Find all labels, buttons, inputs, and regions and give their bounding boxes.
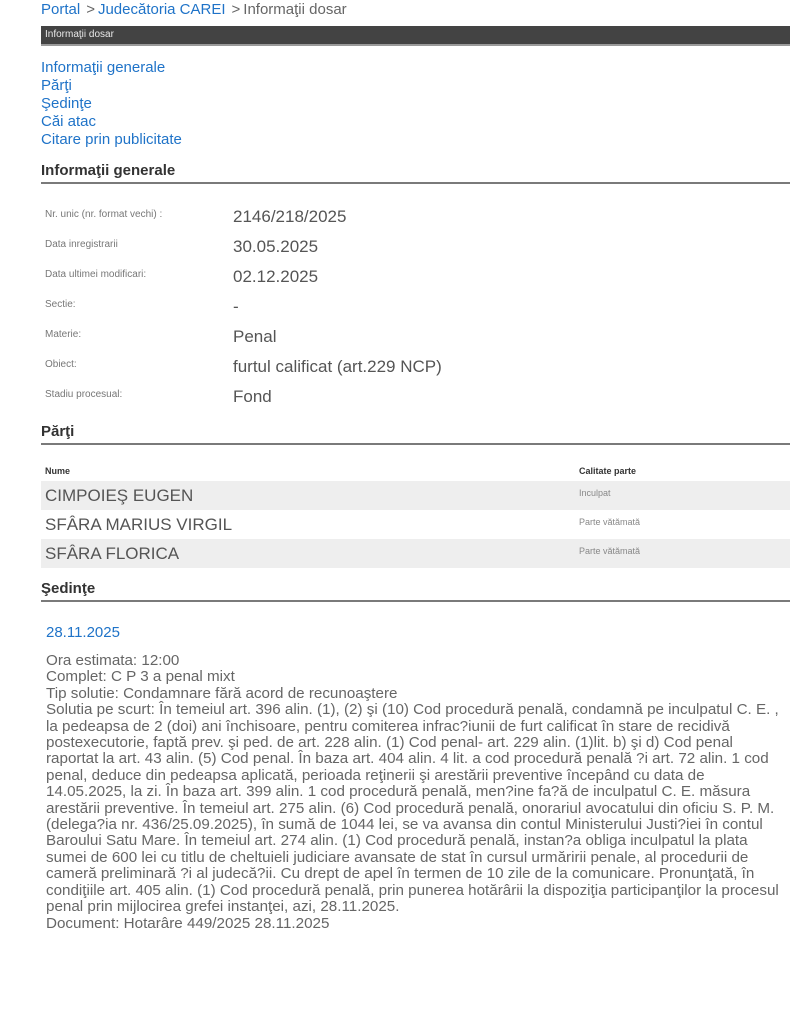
sedinta-tip-solutie: Tip solutie: Condamnare fără acord de re… [46, 686, 786, 702]
table-row: SFÂRA FLORICA Parte vătămată [41, 539, 790, 568]
section-nav: Informaţii generale Părţi Şedinţe Căi at… [41, 59, 790, 149]
breadcrumb-separator: > [86, 1, 95, 18]
column-header-nume: Nume [41, 466, 579, 476]
info-label: Stadiu procesual: [41, 389, 233, 400]
party-name: SFÂRA MARIUS VIRGIL [41, 515, 579, 535]
page: Portal>Judecătoria CAREI>Informaţii dosa… [41, 0, 790, 932]
nav-parti[interactable]: Părţi [41, 77, 72, 94]
party-name: SFÂRA FLORICA [41, 544, 579, 564]
info-value: - [233, 297, 239, 317]
info-label: Data inregistrarii [41, 239, 233, 250]
info-label: Obiect: [41, 359, 233, 370]
nav-informatii-generale[interactable]: Informaţii generale [41, 59, 165, 76]
info-value: furtul calificat (art.229 NCP) [233, 357, 442, 377]
info-value: 02.12.2025 [233, 267, 318, 287]
breadcrumb-court-link[interactable]: Judecătoria CAREI [98, 1, 226, 18]
column-header-calitate: Calitate parte [579, 466, 636, 476]
nav-citare-publicitate[interactable]: Citare prin publicitate [41, 131, 182, 148]
party-role: Inculpat [579, 488, 611, 498]
section-title-sedinte: Şedinţe [41, 580, 790, 602]
info-value: Fond [233, 387, 272, 407]
table-row: SFÂRA MARIUS VIRGIL Parte vătămată [41, 510, 790, 539]
info-row-nr-unic: Nr. unic (nr. format vechi) : 2146/218/2… [41, 202, 790, 232]
info-row-data-inregistrarii: Data inregistrarii 30.05.2025 [41, 232, 790, 262]
sedinta-date: 28.11.2025 [41, 624, 790, 641]
info-label: Sectie: [41, 299, 233, 310]
breadcrumb-current: Informaţii dosar [243, 1, 346, 18]
info-value: 30.05.2025 [233, 237, 318, 257]
info-label: Materie: [41, 329, 233, 340]
info-row-materie: Materie: Penal [41, 322, 790, 352]
info-row-stadiu: Stadiu procesual: Fond [41, 382, 790, 412]
party-name: CIMPOIEŞ EUGEN [41, 486, 579, 506]
section-title-parti: Părţi [41, 423, 790, 445]
info-row-obiect: Obiect: furtul calificat (art.229 NCP) [41, 352, 790, 382]
sedinta-document: Document: Hotarâre 449/2025 28.11.2025 [46, 916, 786, 932]
sedinta-item: 28.11.2025 Ora estimata: 12:00 Complet: … [41, 624, 790, 932]
info-label: Nr. unic (nr. format vechi) : [41, 209, 233, 220]
nav-sedinte[interactable]: Şedinţe [41, 95, 92, 112]
breadcrumb-separator: > [232, 1, 241, 18]
sedinta-details: Ora estimata: 12:00 Complet: C P 3 a pen… [41, 653, 786, 932]
sedinta-complet: Complet: C P 3 a penal mixt [46, 669, 786, 685]
sedinta-solutie: Solutia pe scurt: În temeiul art. 396 al… [46, 702, 786, 915]
info-row-data-modificari: Data ultimei modificari: 02.12.2025 [41, 262, 790, 292]
table-row: CIMPOIEŞ EUGEN Inculpat [41, 481, 790, 510]
info-label: Data ultimei modificari: [41, 269, 233, 280]
nav-cai-atac[interactable]: Căi atac [41, 113, 96, 130]
sedinta-ora: Ora estimata: 12:00 [46, 653, 786, 669]
party-role: Parte vătămată [579, 517, 640, 527]
section-title-general: Informaţii generale [41, 162, 790, 184]
parti-table-header: Nume Calitate parte [41, 461, 790, 481]
info-value: Penal [233, 327, 276, 347]
breadcrumb-portal-link[interactable]: Portal [41, 1, 80, 18]
party-role: Parte vătămată [579, 546, 640, 556]
info-value: 2146/218/2025 [233, 207, 346, 227]
general-info-table: Nr. unic (nr. format vechi) : 2146/218/2… [41, 202, 790, 412]
breadcrumb: Portal>Judecătoria CAREI>Informaţii dosa… [41, 0, 790, 22]
page-title-bar: Informaţii dosar [41, 26, 790, 46]
info-row-sectie: Sectie: - [41, 292, 790, 322]
